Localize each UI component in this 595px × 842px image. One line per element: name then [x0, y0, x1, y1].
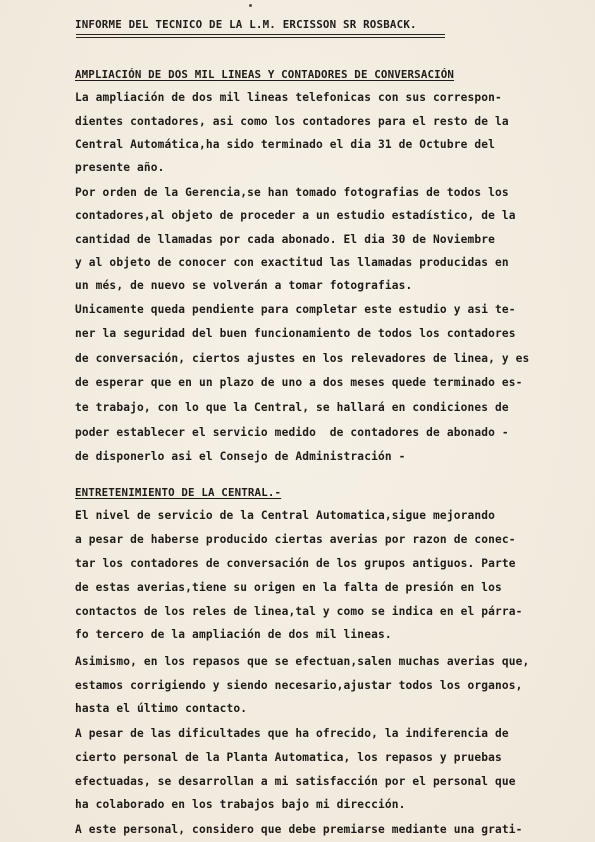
text-line: dientes contadores, asi como los contado… — [75, 115, 509, 129]
ink-speck — [249, 4, 252, 7]
text-line: Unicamente queda pendiente para completa… — [75, 303, 516, 317]
text-line: cierto personal de la Planta Automatica,… — [75, 751, 502, 765]
text-line: y al objeto de conocer con exactitud las… — [75, 256, 509, 270]
text-line: fo tercero de la ampliación de dos mil l… — [75, 628, 392, 642]
text-line: Por orden de la Gerencia,se han tomado f… — [75, 186, 509, 200]
text-line: A pesar de las dificultades que ha ofrec… — [75, 727, 509, 741]
section-heading-ampliacion: AMPLIACIÓN DE DOS MIL LINEAS Y CONTADORE… — [75, 68, 454, 82]
text-line: contadores,al objeto de proceder a un es… — [75, 209, 516, 223]
text-line: estamos corrigiendo y siendo necesario,a… — [75, 679, 523, 693]
text-line: de conversación, ciertos ajustes en los … — [75, 352, 529, 366]
document-page: INFORME DEL TECNICO DE LA L.M. ERCISSON … — [0, 0, 595, 842]
text-line: contactos de los reles de linea,tal y co… — [75, 605, 523, 619]
text-line: ner la seguridad del buen funcionamiento… — [75, 327, 516, 341]
text-line: te trabajo, con lo que la Central, se ha… — [75, 401, 509, 415]
section-heading-entretenimiento: ENTRETENIMIENTO DE LA CENTRAL.- — [75, 486, 281, 500]
text-line: Asimismo, en los repasos que se efectuan… — [75, 655, 529, 669]
text-line: de disponerlo asi el Consejo de Administ… — [75, 450, 406, 464]
text-line: efectuadas, se desarrollan a mi satisfac… — [75, 775, 516, 789]
text-line: de esperar que en un plazo de uno a dos … — [75, 376, 523, 390]
text-line: La ampliación de dos mil lineas telefoni… — [75, 91, 502, 105]
text-line: El nivel de servicio de la Central Autom… — [75, 509, 495, 523]
text-line: ha colaborado en los trabajos bajo mi di… — [75, 798, 406, 812]
text-line: a pesar de haberse producido ciertas ave… — [75, 533, 516, 547]
text-line: hasta el último contacto. — [75, 702, 247, 716]
text-line: de estas averias,tiene su origen en la f… — [75, 581, 502, 595]
text-line: A este personal, considero que debe prem… — [75, 823, 523, 837]
text-line: cantidad de llamadas por cada abonado. E… — [75, 233, 495, 247]
text-line: Central Automática,ha sido terminado el … — [75, 138, 495, 152]
text-line: un més, de nuevo se volverán a tomar fot… — [75, 279, 412, 293]
text-line: tar los contadores de conversación de lo… — [75, 557, 516, 571]
text-line: presente año. — [75, 161, 165, 175]
document-title: INFORME DEL TECNICO DE LA L.M. ERCISSON … — [75, 18, 417, 32]
title-double-underline — [76, 34, 445, 38]
text-line: poder establecer el servicio medido de c… — [75, 426, 509, 440]
